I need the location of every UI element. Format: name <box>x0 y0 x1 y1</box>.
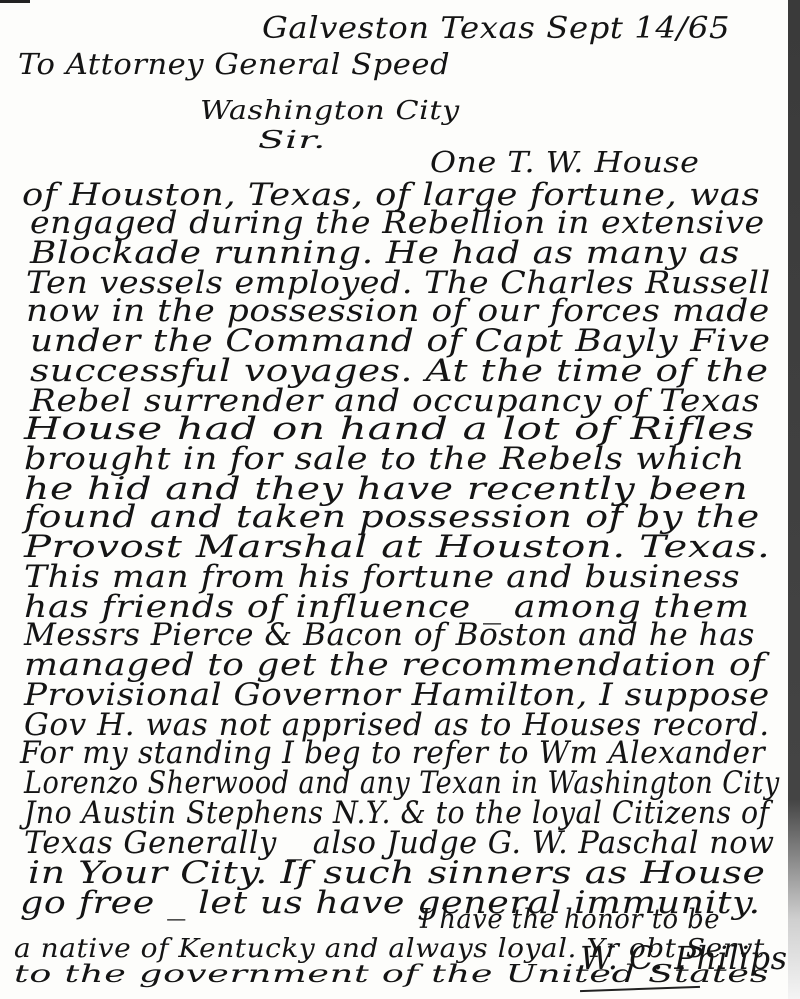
salutation: Sir. <box>258 128 326 152</box>
addressee: To Attorney General Speed <box>18 50 450 79</box>
city: Washington City <box>200 98 460 124</box>
signature: W. C. Philips <box>580 942 788 974</box>
body-line: One T. W. House <box>430 148 699 177</box>
scan-edge <box>788 0 800 999</box>
scan-mark <box>0 0 30 3</box>
closing-line: I have the honor to be <box>420 906 720 933</box>
place-date: Galveston Texas Sept 14/65 <box>262 14 730 44</box>
letter-page: Galveston Texas Sept 14/65 To Attorney G… <box>0 0 788 999</box>
